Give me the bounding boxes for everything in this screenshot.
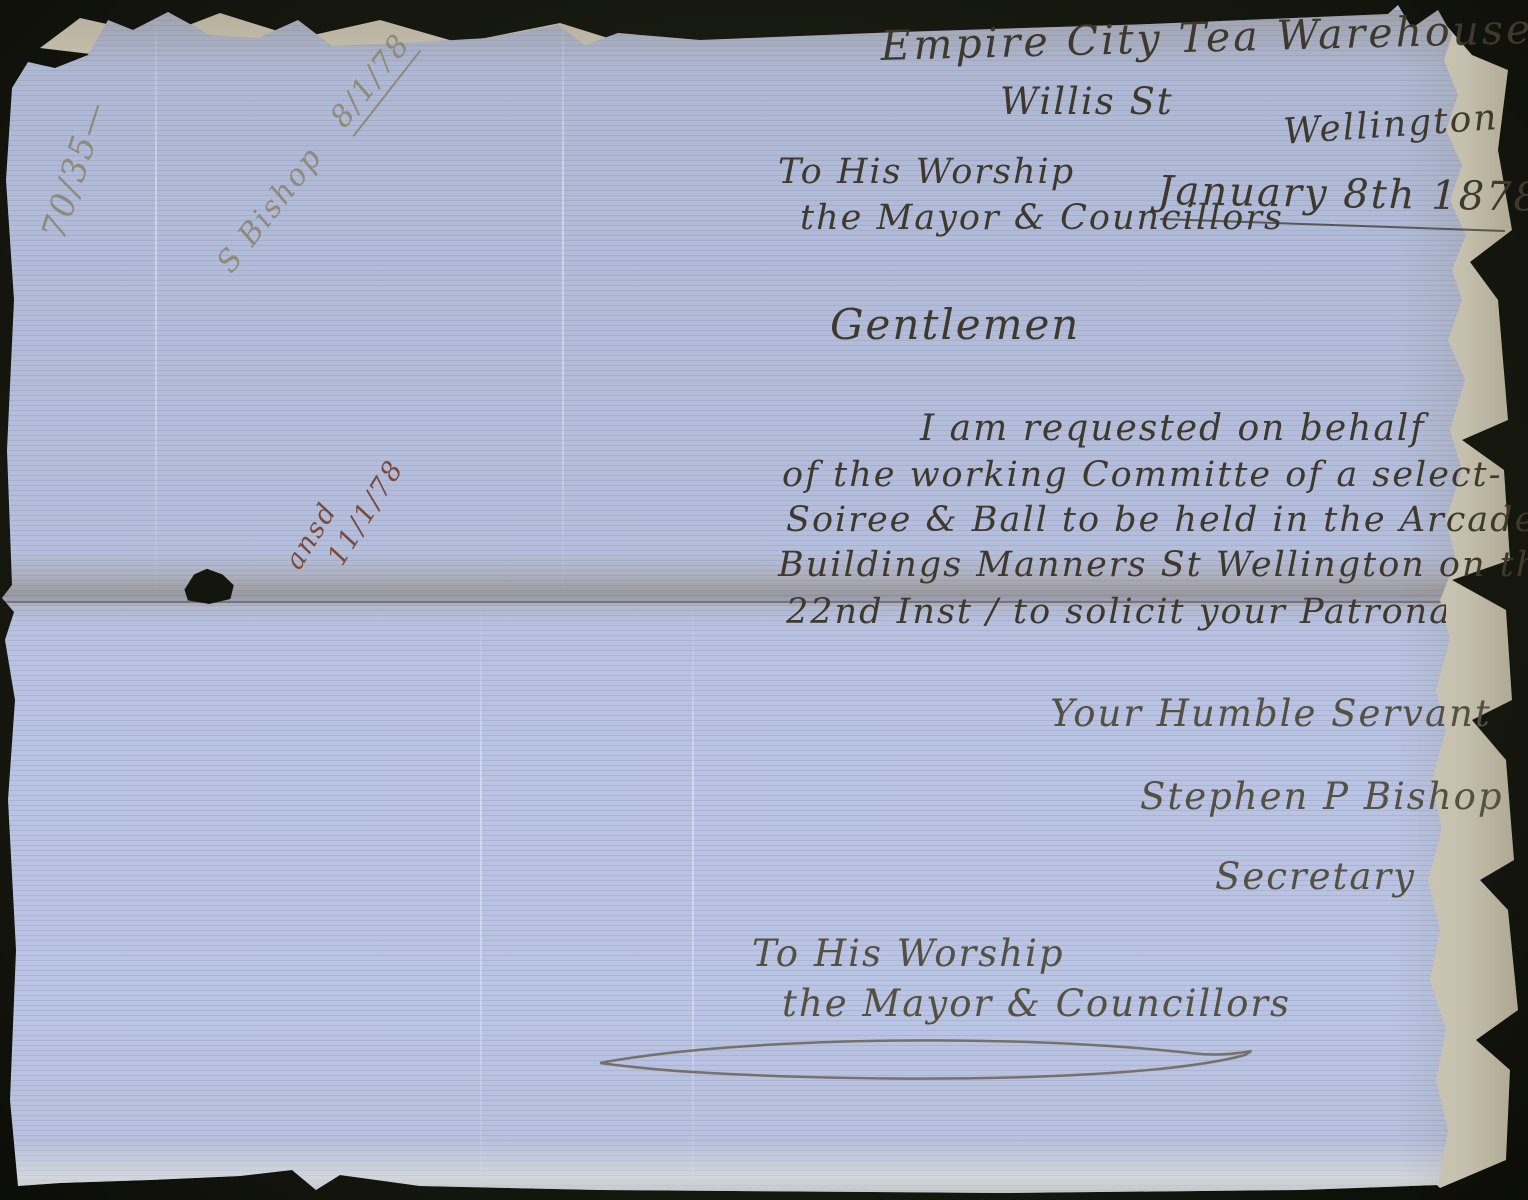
footer-addressee-line-2: the Mayor & Councillors [782,982,1291,1025]
letterhead-street: Willis St [1000,80,1174,123]
valediction: Your Humble Servant [1050,692,1492,735]
vertical-crease [562,0,564,595]
body-line-2: of the working Committe of a select- [782,455,1502,495]
bottom-edge-highlight [0,1140,1528,1194]
addressee-line-1: To His Worship [778,152,1075,192]
body-line-3: Soiree & Ball to be held in the Arcade [786,500,1528,540]
vertical-crease [692,605,694,1190]
signature: Stephen P Bishop [1140,775,1504,818]
body-line-5: 22nd Inst / to solicit your Patronage [786,592,1446,632]
body-line-1: I am requested on behalf [920,408,1426,449]
addressee-line-2: the Mayor & Councillors [800,198,1284,238]
salutation: Gentlemen [830,300,1080,349]
signatory-title: Secretary [1215,855,1416,898]
vertical-crease [155,0,157,595]
vertical-crease [480,605,482,1190]
scanned-letter-page: 70/35— S Bishop 8/1/78 ansd 11/1/78 Empi… [0,0,1528,1200]
body-line-4: Buildings Manners St Wellington on the [778,545,1528,585]
footer-addressee-line-1: To His Worship [752,932,1065,975]
